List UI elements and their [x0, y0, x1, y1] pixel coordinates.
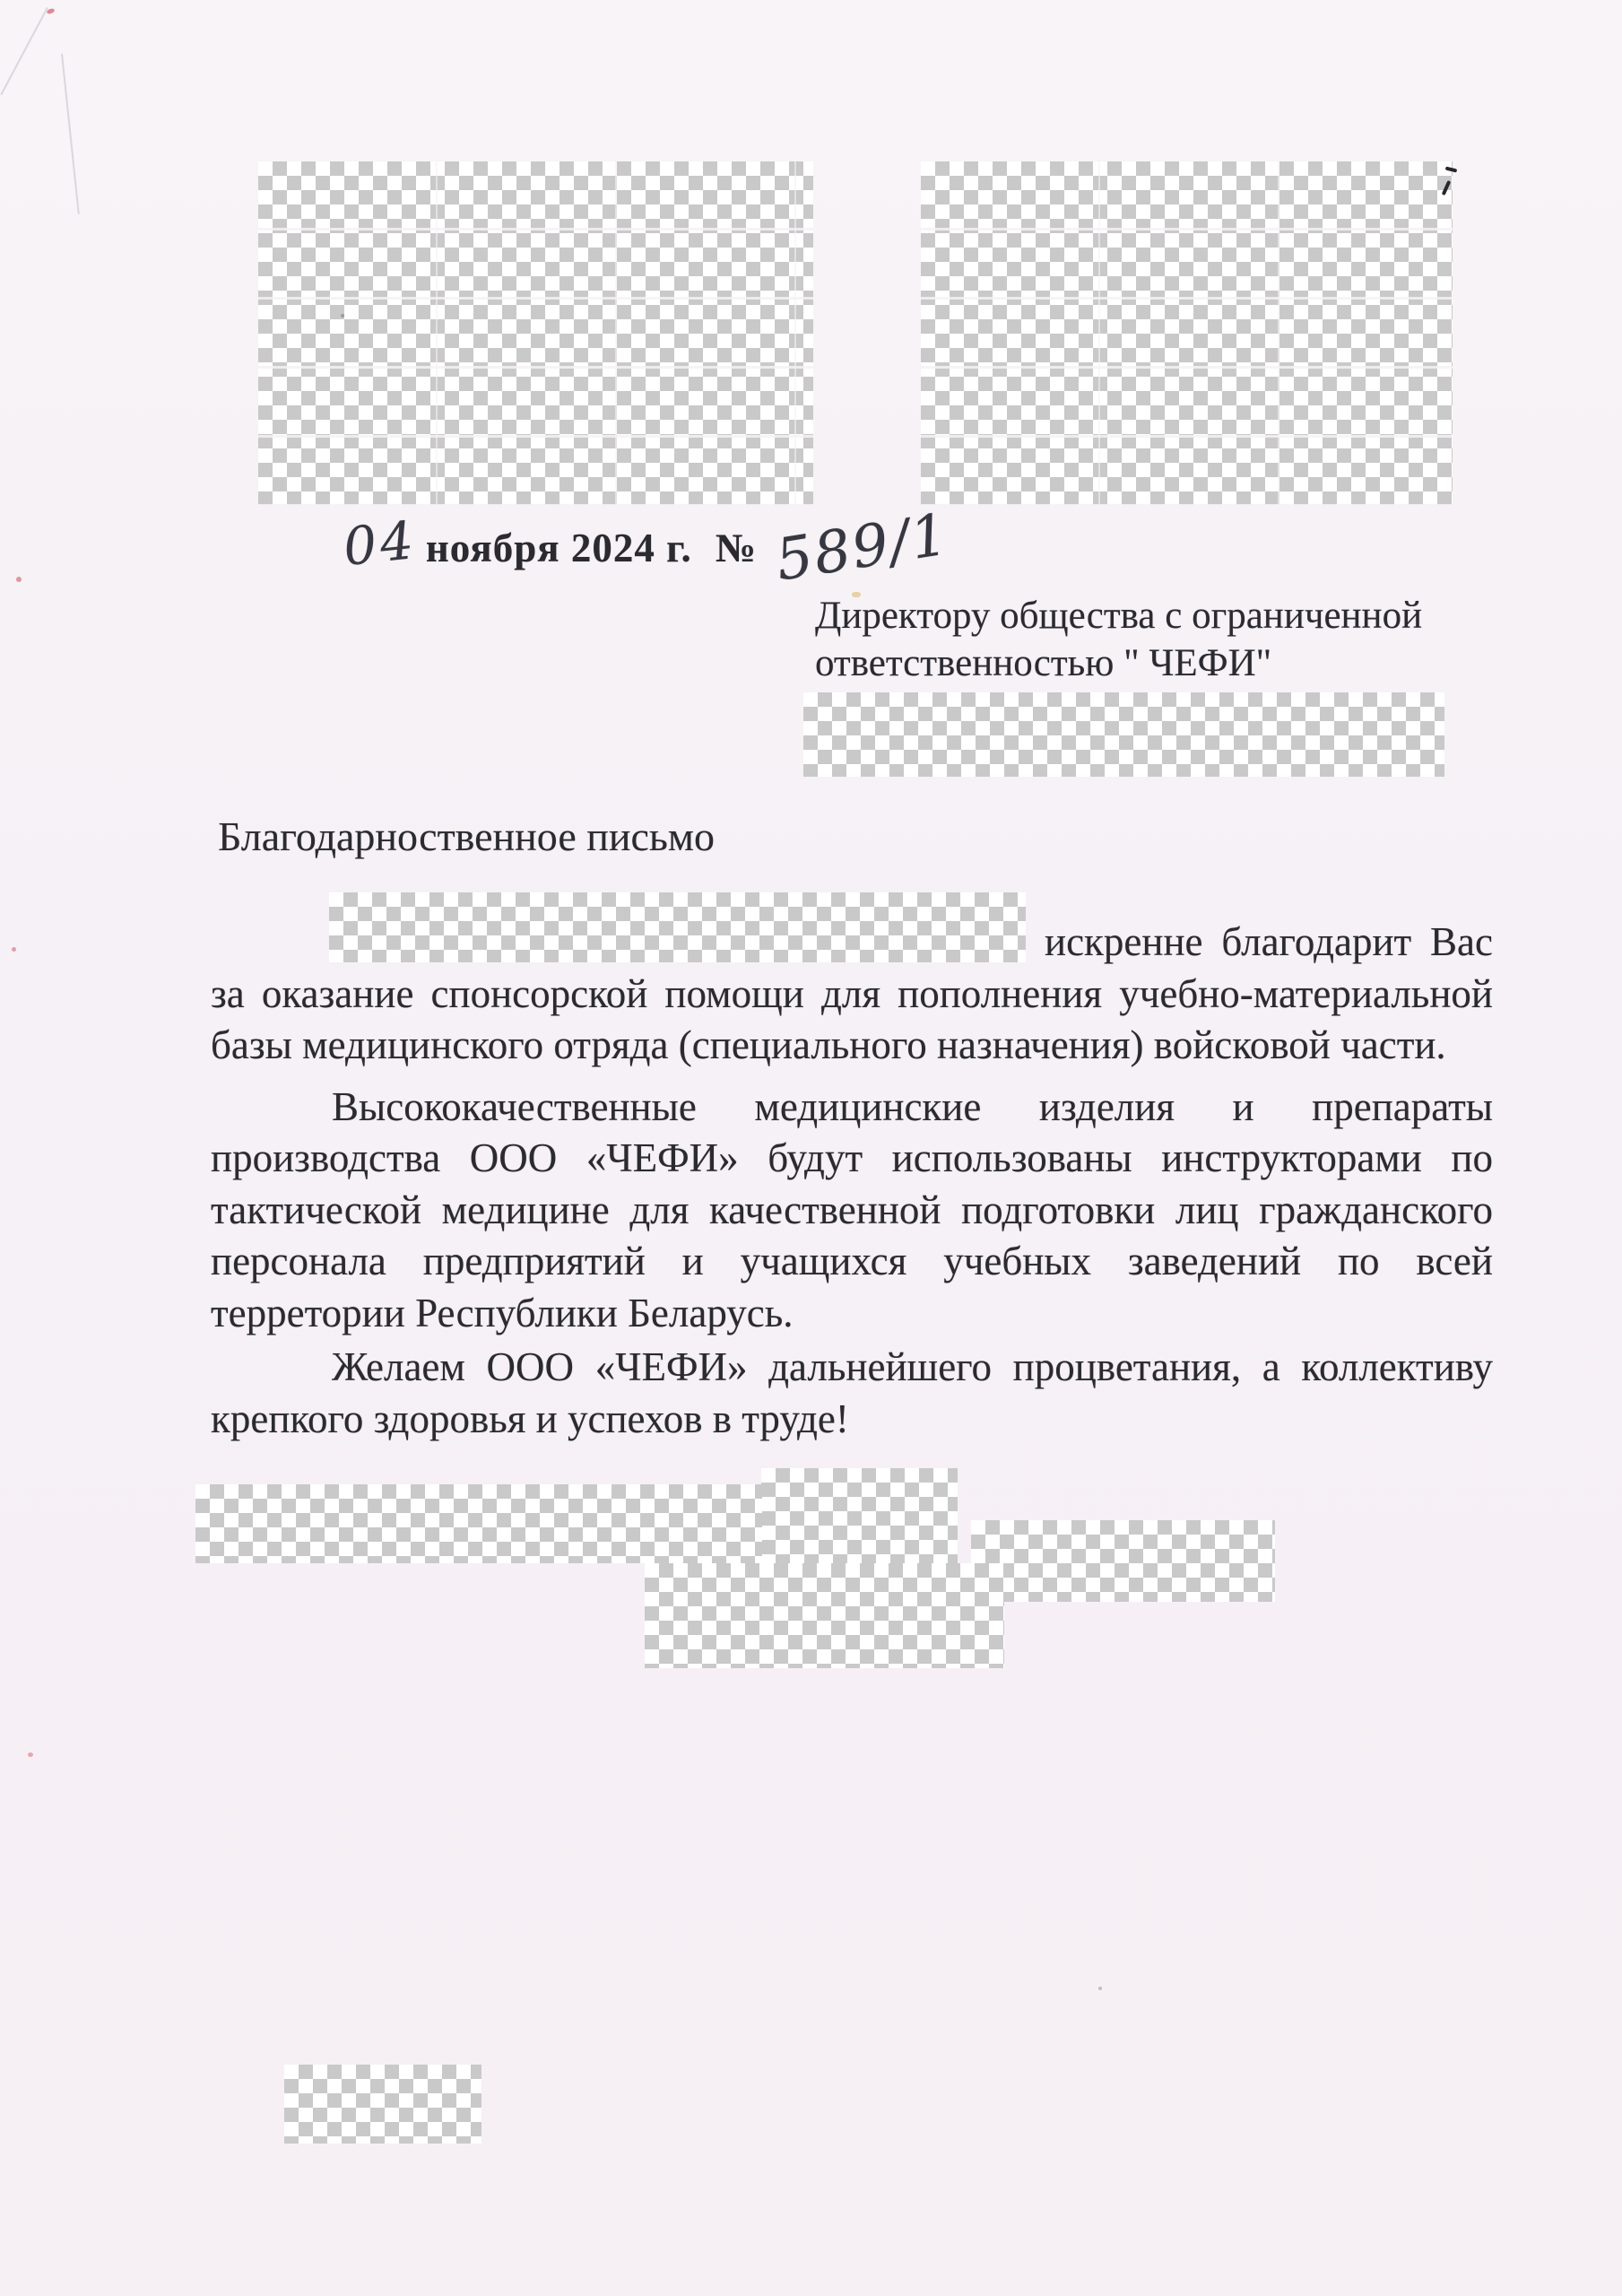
redaction-recipient-details: [803, 692, 1444, 777]
redaction-letterhead-left: [258, 161, 813, 505]
redaction-letterhead-right: [921, 161, 1453, 505]
handwritten-day: 04: [341, 509, 420, 578]
body-line-text: искренне благодарит Вас: [1045, 919, 1493, 964]
recipient-address: Директору общества с ограниченной ответс…: [815, 592, 1461, 687]
paragraph-products: Высококачественные медицинские изделия и…: [211, 1082, 1493, 1340]
body-line: Высококачественные медицинские изделия и…: [211, 1082, 1493, 1134]
paragraph-thanks: искренне благодарит Вас за оказание спон…: [211, 917, 1493, 1072]
body-line: искренне благодарит Вас: [211, 917, 1493, 969]
letter-body: искренне благодарит Вас за оказание спон…: [211, 917, 1493, 1445]
paper-crease: [61, 54, 80, 214]
recipient-line: Директору общества с ограниченной: [815, 592, 1461, 639]
body-line: тактической медицине для качественной по…: [211, 1185, 1493, 1237]
redaction-signature-block: [971, 1520, 1275, 1602]
redaction-footer-note: [284, 2065, 481, 2144]
handwritten-outgoing-number: 589/1: [771, 501, 954, 595]
scanned-letter-page: 04ноября 2024 г.№589/1 Директору обществ…: [0, 0, 1622, 2296]
body-line: терретории Республики Беларусь.: [211, 1288, 1493, 1340]
body-line: за оказание спонсорской помощи для попол…: [211, 969, 1493, 1021]
red-ink-speck: [16, 577, 22, 582]
number-sign: №: [716, 526, 757, 570]
body-line: базы медицинского отряда (специального н…: [211, 1020, 1493, 1072]
letter-title: Благодарноственное письмо: [218, 812, 715, 861]
dust-speck: [341, 314, 344, 317]
redaction-signature-block: [645, 1563, 1004, 1668]
body-line: персонала предприятий и учащихся учебных…: [211, 1236, 1493, 1288]
date-month-year: ноября 2024 г.: [426, 526, 692, 570]
recipient-line: ответственностью " ЧЕФИ": [815, 639, 1461, 687]
body-line: крепкого здоровья и успехов в труде!: [211, 1394, 1493, 1446]
red-ink-speck: [12, 947, 16, 952]
paper-crease: [0, 7, 48, 95]
red-ink-speck: [28, 1752, 33, 1757]
redaction-signature-block: [761, 1468, 958, 1563]
body-line: производства ООО «ЧЕФИ» будут использова…: [211, 1133, 1493, 1185]
redaction-signature-block: [195, 1484, 762, 1563]
dust-speck: [1098, 1987, 1102, 1990]
paper-stain: [852, 592, 861, 597]
paragraph-wishes: Желаем ООО «ЧЕФИ» дальнейшего процветани…: [211, 1342, 1493, 1445]
redaction-sender-name: [329, 892, 1026, 962]
body-line: Желаем ООО «ЧЕФИ» дальнейшего процветани…: [211, 1342, 1493, 1394]
date-line: 04ноября 2024 г.№589/1: [343, 509, 971, 599]
